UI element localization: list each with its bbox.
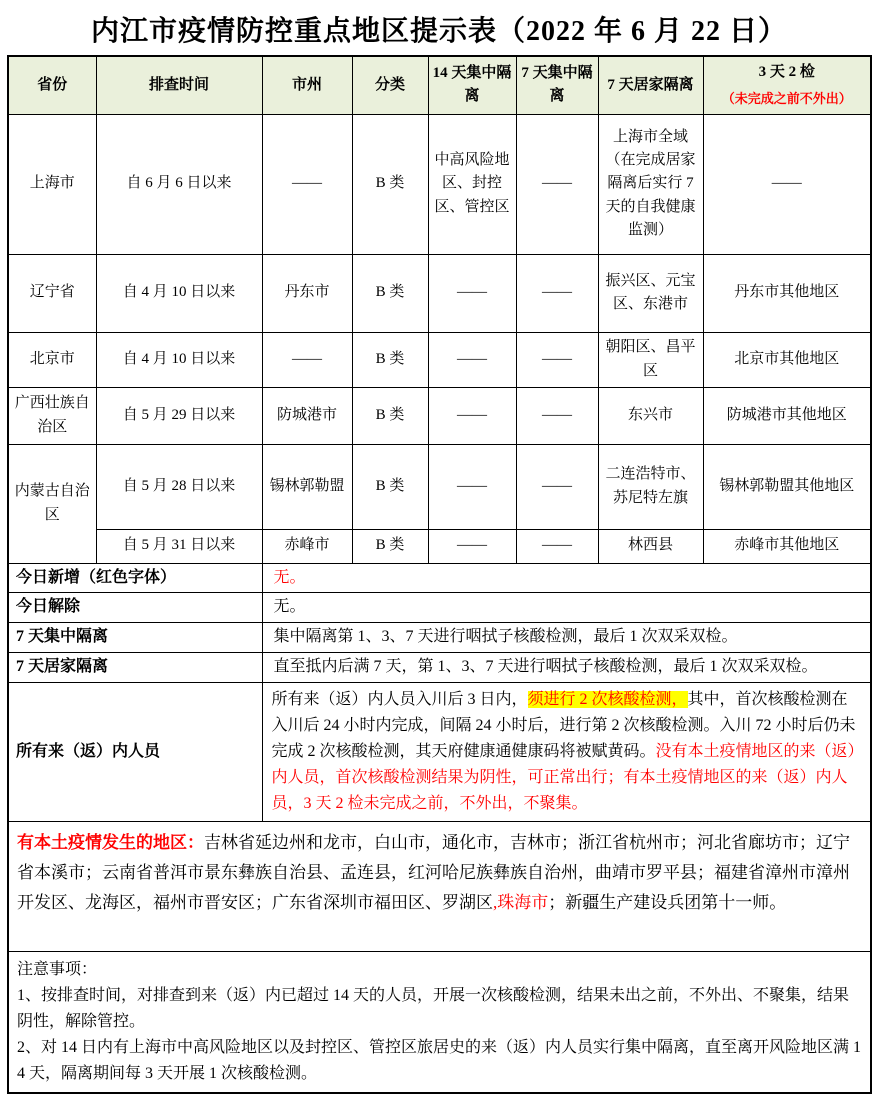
cell-14d-central: ——	[428, 332, 516, 387]
table-row: 自 5 月 31 日以来 赤峰市 B 类 —— —— 林西县 赤峰市其他地区	[8, 529, 871, 563]
cell-province: 内蒙古自治区	[8, 444, 96, 563]
notes-row: 注意事项： 1、按排查时间，对排查到来（返）内已超过 14 天的人员，开展一次核…	[8, 952, 871, 1094]
info-row: 7 天集中隔离 集中隔离第 1、3、7 天进行咽拭子核酸检测，最后 1 次双采双…	[8, 623, 871, 653]
cell-category: B 类	[352, 387, 428, 444]
cell-screening-time: 自 6 月 6 日以来	[96, 114, 262, 254]
cell-screening-time: 自 5 月 28 日以来	[96, 444, 262, 529]
cell-7d-home: 上海市全域（在完成居家隔离后实行 7 天的自我健康监测）	[598, 114, 703, 254]
cell-screening-time: 自 5 月 29 日以来	[96, 387, 262, 444]
cell-category: B 类	[352, 114, 428, 254]
cell-province: 广西壮族自治区	[8, 387, 96, 444]
outbreak-areas-label: 有本土疫情发生的地区：	[17, 833, 204, 852]
info-row-label: 7 天集中隔离	[8, 623, 262, 653]
header-3d-2tests: 3 天 2 检 （未完成之前不外出）	[703, 56, 871, 114]
header-3d-2tests-note: （未完成之前不外出）	[708, 89, 867, 109]
text-segment: 所有来（返）内人员入川后 3 日内，	[272, 691, 528, 708]
cell-3d-2tests: ——	[703, 114, 871, 254]
outbreak-areas-row: 有本土疫情发生的地区：吉林省延边州和龙市，白山市，通化市，吉林市；浙江省杭州市；…	[8, 822, 871, 952]
cell-city: 防城港市	[262, 387, 352, 444]
outbreak-areas-text: 有本土疫情发生的地区：吉林省延边州和龙市，白山市，通化市，吉林市；浙江省杭州市；…	[8, 822, 871, 952]
header-category: 分类	[352, 56, 428, 114]
header-screening-time: 排查时间	[96, 56, 262, 114]
cell-7d-home: 振兴区、元宝区、东港市	[598, 254, 703, 332]
cell-screening-time: 自 5 月 31 日以来	[96, 529, 262, 563]
header-7d-central-quarantine: 7 天集中隔离	[516, 56, 598, 114]
cell-3d-2tests: 赤峰市其他地区	[703, 529, 871, 563]
cell-3d-2tests: 防城港市其他地区	[703, 387, 871, 444]
info-row: 今日解除 无。	[8, 593, 871, 623]
cell-14d-central: 中高风险地区、封控区、管控区	[428, 114, 516, 254]
table-row: 上海市 自 6 月 6 日以来 —— B 类 中高风险地区、封控区、管控区 ——…	[8, 114, 871, 254]
cell-category: B 类	[352, 254, 428, 332]
cell-14d-central: ——	[428, 387, 516, 444]
info-row-value: 集中隔离第 1、3、7 天进行咽拭子核酸检测，最后 1 次双采双检。	[262, 623, 871, 653]
cell-14d-central: ——	[428, 444, 516, 529]
header-14d-central-quarantine: 14 天集中隔离	[428, 56, 516, 114]
cell-7d-central: ——	[516, 114, 598, 254]
table-row: 辽宁省 自 4 月 10 日以来 丹东市 B 类 —— —— 振兴区、元宝区、东…	[8, 254, 871, 332]
info-row-value: 无。	[262, 593, 871, 623]
info-row-label: 今日解除	[8, 593, 262, 623]
red-text: ,珠海市	[493, 893, 548, 912]
covid-areas-table: 省份 排查时间 市州 分类 14 天集中隔离 7 天集中隔离 7 天居家隔离 3…	[7, 55, 872, 1094]
cell-city: 赤峰市	[262, 529, 352, 563]
cell-7d-home: 林西县	[598, 529, 703, 563]
cell-city: ——	[262, 332, 352, 387]
cell-7d-home: 二连浩特市、苏尼特左旗	[598, 444, 703, 529]
table-row: 内蒙古自治区 自 5 月 28 日以来 锡林郭勒盟 B 类 —— —— 二连浩特…	[8, 444, 871, 529]
cell-7d-central: ——	[516, 332, 598, 387]
cell-category: B 类	[352, 529, 428, 563]
header-province: 省份	[8, 56, 96, 114]
info-row-label: 7 天居家隔离	[8, 653, 262, 683]
header-city: 市州	[262, 56, 352, 114]
cell-screening-time: 自 4 月 10 日以来	[96, 254, 262, 332]
notes-section: 注意事项： 1、按排查时间，对排查到来（返）内已超过 14 天的人员，开展一次核…	[8, 952, 871, 1094]
cell-14d-central: ——	[428, 254, 516, 332]
table-row: 广西壮族自治区 自 5 月 29 日以来 防城港市 B 类 —— —— 东兴市 …	[8, 387, 871, 444]
info-row-value: 直至抵内后满 7 天，第 1、3、7 天进行咽拭子核酸检测，最后 1 次双采双检…	[262, 653, 871, 683]
info-row-value: 无。	[262, 563, 871, 593]
cell-7d-central: ——	[516, 444, 598, 529]
cell-province: 上海市	[8, 114, 96, 254]
page-title: 内江市疫情防控重点地区提示表（2022 年 6 月 22 日）	[0, 0, 878, 55]
cell-city: 锡林郭勒盟	[262, 444, 352, 529]
cell-7d-central: ——	[516, 254, 598, 332]
cell-3d-2tests: 丹东市其他地区	[703, 254, 871, 332]
note-item: 1、按排查时间，对排查到来（返）内已超过 14 天的人员，开展一次核酸检测，结果…	[17, 983, 861, 1035]
cell-category: B 类	[352, 444, 428, 529]
cell-province: 辽宁省	[8, 254, 96, 332]
cell-city: ——	[262, 114, 352, 254]
cell-14d-central: ——	[428, 529, 516, 563]
note-item: 2、对 14 日内有上海市中高风险地区以及封控区、管控区旅居史的来（返）内人员实…	[17, 1035, 861, 1087]
cell-city: 丹东市	[262, 254, 352, 332]
cell-category: B 类	[352, 332, 428, 387]
all-arrivals-row: 所有来（返）内人员 所有来（返）内人员入川后 3 日内，须进行 2 次核酸检测，…	[8, 683, 871, 822]
all-arrivals-label: 所有来（返）内人员	[8, 683, 262, 822]
cell-3d-2tests: 北京市其他地区	[703, 332, 871, 387]
info-row: 今日新增（红色字体） 无。	[8, 563, 871, 593]
highlighted-text: 须进行 2 次核酸检测，	[528, 691, 688, 708]
header-row: 省份 排查时间 市州 分类 14 天集中隔离 7 天集中隔离 7 天居家隔离 3…	[8, 56, 871, 114]
header-3d-2tests-label: 3 天 2 检	[759, 64, 815, 80]
notes-title: 注意事项：	[17, 957, 861, 983]
cell-screening-time: 自 4 月 10 日以来	[96, 332, 262, 387]
cell-province: 北京市	[8, 332, 96, 387]
info-row: 7 天居家隔离 直至抵内后满 7 天，第 1、3、7 天进行咽拭子核酸检测，最后…	[8, 653, 871, 683]
cell-7d-home: 东兴市	[598, 387, 703, 444]
text-segment: ；新疆生产建设兵团第十一师。	[548, 893, 786, 912]
cell-7d-home: 朝阳区、昌平区	[598, 332, 703, 387]
cell-3d-2tests: 锡林郭勒盟其他地区	[703, 444, 871, 529]
info-row-label: 今日新增（红色字体）	[8, 563, 262, 593]
header-7d-home-quarantine: 7 天居家隔离	[598, 56, 703, 114]
cell-7d-central: ——	[516, 387, 598, 444]
all-arrivals-text: 所有来（返）内人员入川后 3 日内，须进行 2 次核酸检测，其中，首次核酸检测在…	[262, 683, 871, 822]
table-row: 北京市 自 4 月 10 日以来 —— B 类 —— —— 朝阳区、昌平区 北京…	[8, 332, 871, 387]
cell-7d-central: ——	[516, 529, 598, 563]
